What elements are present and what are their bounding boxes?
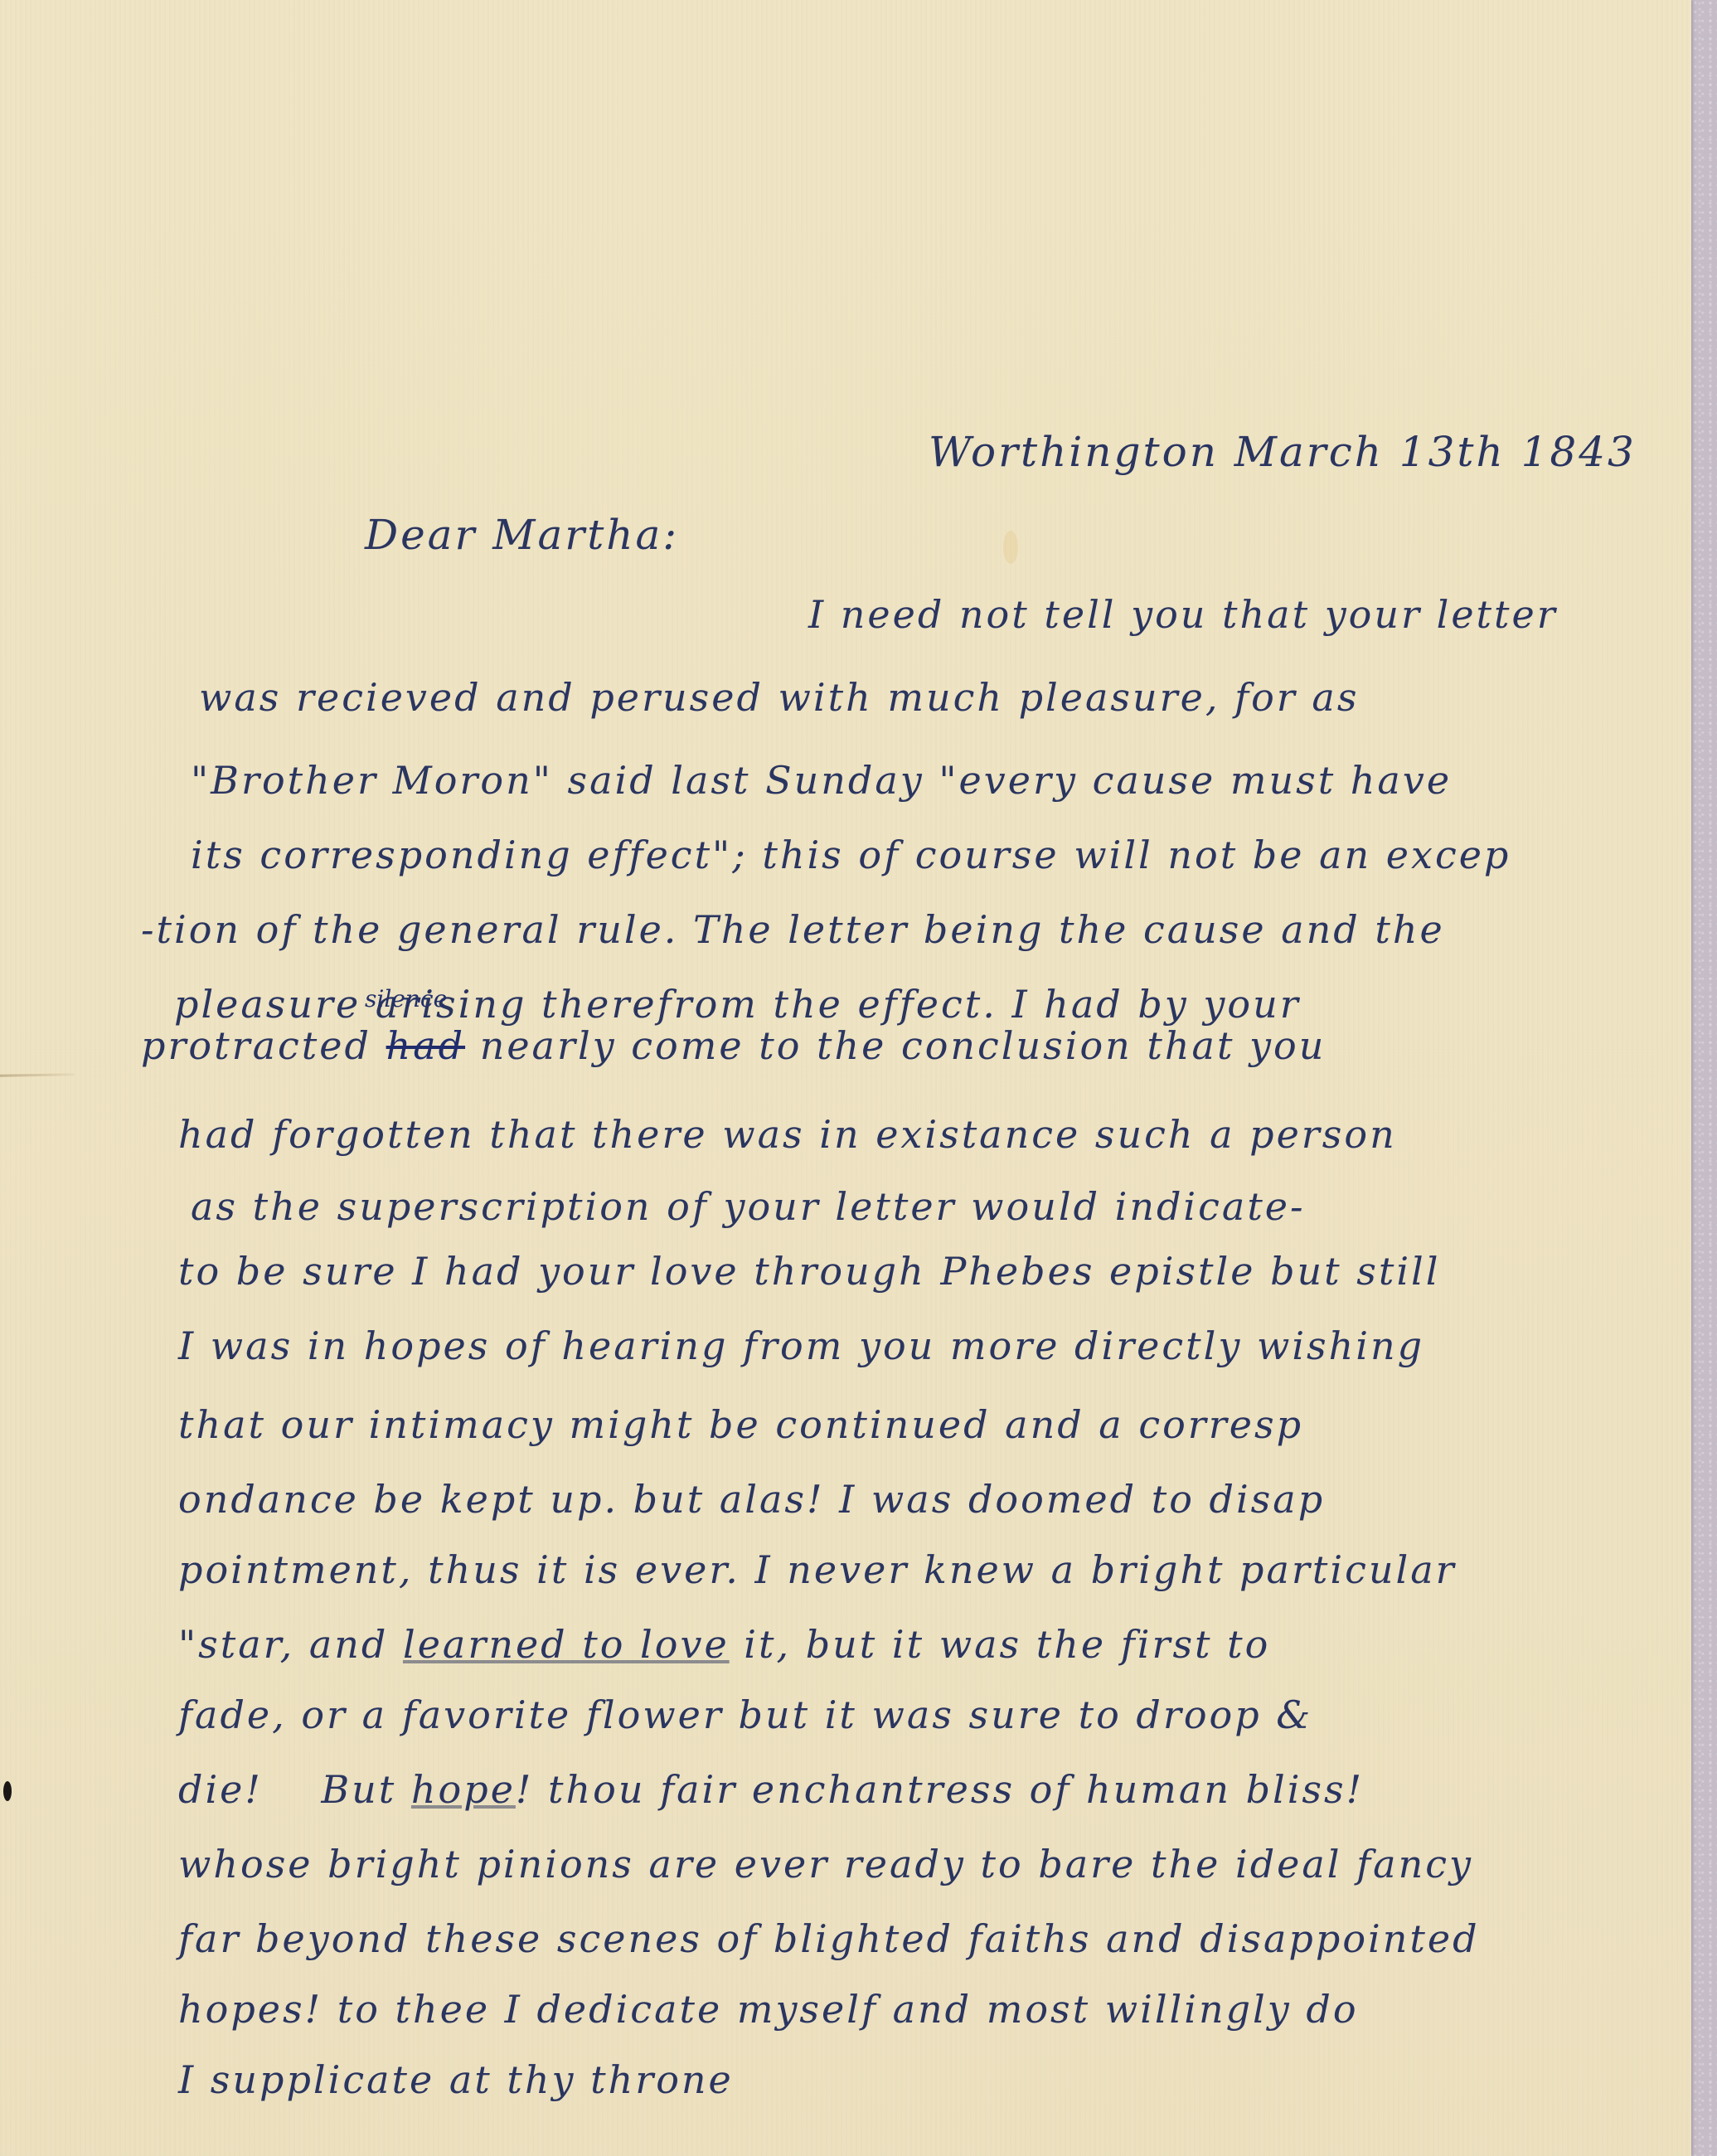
letter-line-18: whose bright pinions are ever ready to b… [178, 1845, 1473, 1883]
paper-fold-crease [0, 1073, 75, 1077]
salutation: Dear Martha: [365, 514, 679, 556]
underlined-phrase: learned to love [403, 1622, 730, 1667]
letter-line-12: that our intimacy might be continued and… [178, 1406, 1303, 1444]
line-17-start: die! [178, 1767, 263, 1812]
letter-line-21: I supplicate at thy throne [178, 2061, 734, 2099]
letter-line-4: its corresponding effect"; this of cours… [191, 836, 1511, 874]
letter-line-8: had forgotten that there was in existanc… [178, 1115, 1397, 1153]
letter-page: Worthington March 13th 1843 Dear Martha:… [0, 0, 1691, 2156]
letter-line-1: I need not tell you that your letter [808, 595, 1558, 634]
letter-line-15: "star, and learned to love it, but it wa… [178, 1625, 1270, 1663]
letter-line-9: as the superscription of your letter wou… [191, 1187, 1306, 1226]
letter-line-19: far beyond these scenes of blighted fait… [178, 1920, 1480, 1958]
line-7-rest: nearly come to the conclusion that you [480, 1023, 1327, 1068]
line-15-end: it, but it was the first to [744, 1622, 1270, 1667]
letter-line-7: protracted had nearly come to the conclu… [141, 1027, 1326, 1065]
dateline: Worthington March 13th 1843 [929, 431, 1637, 473]
insertion-silence: silence [365, 985, 447, 1012]
underlined-hope: hope [411, 1767, 516, 1812]
letter-line-14: pointment, thus it is ever. I never knew… [178, 1551, 1457, 1589]
letter-line-6: pleasure arising therefrom the effect. I… [174, 985, 1301, 1023]
letter-line-5: -tion of the general rule. The letter be… [141, 910, 1445, 949]
letter-line-10: to be sure I had your love through Phebe… [178, 1252, 1440, 1290]
word-protracted: protracted [141, 1023, 371, 1068]
paper-stain [1003, 531, 1018, 564]
letter-line-2: was recieved and perused with much pleas… [199, 678, 1359, 716]
letter-line-11: I was in hopes of hearing from you more … [178, 1327, 1424, 1365]
word-but: But [321, 1767, 396, 1812]
letter-line-16: fade, or a favorite flower but it was su… [178, 1696, 1312, 1734]
ink-blot [3, 1781, 12, 1801]
line-15-start: "star, and [178, 1622, 388, 1667]
letter-line-3: "Brother Moron" said last Sunday "every … [191, 761, 1452, 799]
struck-word: had [386, 1023, 466, 1068]
line-17-end: ! thou fair enchantress of human bliss! [516, 1767, 1364, 1812]
letter-line-20: hopes! to thee I dedicate myself and mos… [178, 1990, 1359, 2028]
letter-line-13: ondance be kept up. but alas! I was doom… [178, 1480, 1325, 1518]
letter-line-17: die! But hope! thou fair enchantress of … [178, 1770, 1364, 1809]
